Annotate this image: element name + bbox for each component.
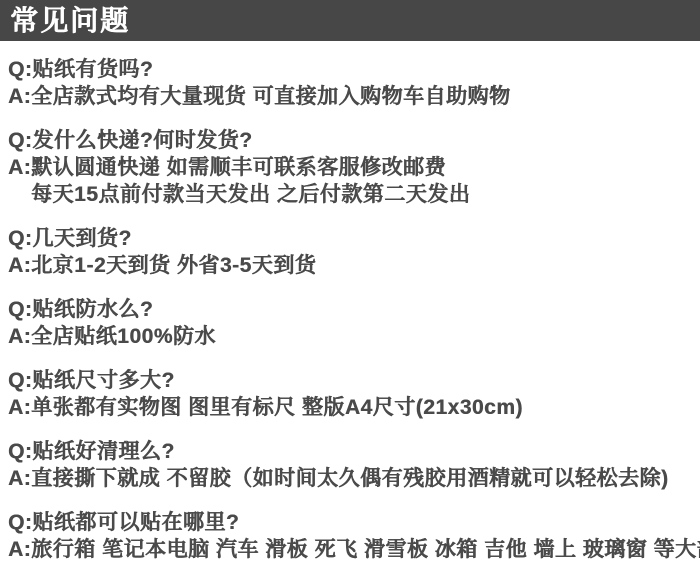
faq-answer: A:全店贴纸100%防水 [8,323,692,350]
faq-list: Q:贴纸有货吗? A:全店款式均有大量现货 可直接加入购物车自助购物 Q:发什么… [0,41,700,563]
faq-question: Q:贴纸好清理么? [8,438,692,465]
faq-item: Q:发什么快递?何时发货? A:默认圆通快递 如需顺丰可联系客服修改邮费 每天1… [8,127,692,208]
header-bar: 常见问题 [0,0,700,41]
faq-answer: A:北京1-2天到货 外省3-5天到货 [8,252,692,279]
page-title: 常见问题 [0,0,130,41]
faq-item: Q:几天到货? A:北京1-2天到货 外省3-5天到货 [8,225,692,279]
faq-answer: A:单张都有实物图 图里有标尺 整版A4尺寸(21x30cm) [8,394,692,421]
faq-item: Q:贴纸都可以贴在哪里? A:旅行箱 笔记本电脑 汽车 滑板 死飞 滑雪板 冰箱… [8,509,692,563]
faq-question: Q:贴纸尺寸多大? [8,367,692,394]
faq-item: Q:贴纸有货吗? A:全店款式均有大量现货 可直接加入购物车自助购物 [8,56,692,110]
faq-question: Q:发什么快递?何时发货? [8,127,692,154]
faq-item: Q:贴纸好清理么? A:直接撕下就成 不留胶（如时间太久偶有残胶用酒精就可以轻松… [8,438,692,492]
faq-answer-continued: 每天15点前付款当天发出 之后付款第二天发出 [8,181,692,208]
faq-question: Q:贴纸有货吗? [8,56,692,83]
faq-item: Q:贴纸防水么? A:全店贴纸100%防水 [8,296,692,350]
faq-answer: A:直接撕下就成 不留胶（如时间太久偶有残胶用酒精就可以轻松去除) [8,465,692,492]
faq-answer: A:全店款式均有大量现货 可直接加入购物车自助购物 [8,83,692,110]
faq-answer: A:默认圆通快递 如需顺丰可联系客服修改邮费 [8,154,692,181]
faq-page: 常见问题 Q:贴纸有货吗? A:全店款式均有大量现货 可直接加入购物车自助购物 … [0,0,700,567]
faq-answer: A:旅行箱 笔记本电脑 汽车 滑板 死飞 滑雪板 冰箱 吉他 墙上 玻璃窗 等大… [8,536,692,563]
faq-question: Q:贴纸都可以贴在哪里? [8,509,692,536]
faq-question: Q:几天到货? [8,225,692,252]
faq-item: Q:贴纸尺寸多大? A:单张都有实物图 图里有标尺 整版A4尺寸(21x30cm… [8,367,692,421]
faq-question: Q:贴纸防水么? [8,296,692,323]
